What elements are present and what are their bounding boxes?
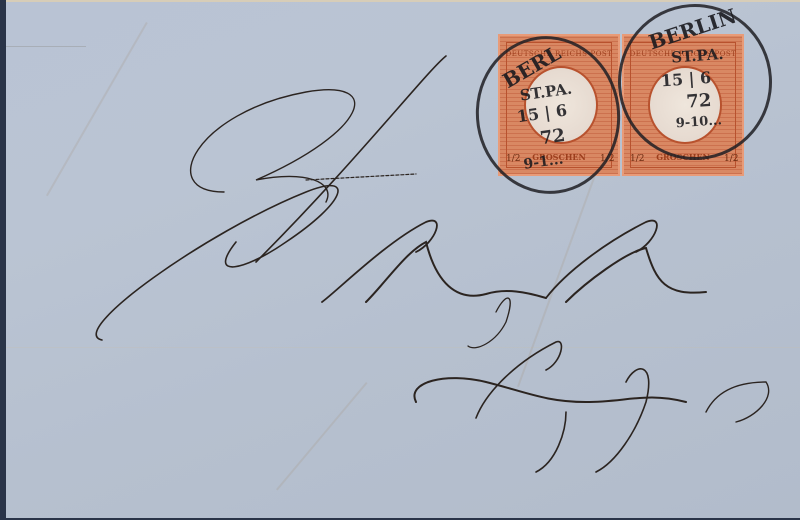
destination-script xyxy=(414,378,686,402)
salutation-flourish xyxy=(96,186,338,340)
handwritten-address xyxy=(6,2,800,518)
recipient-script xyxy=(322,221,437,302)
postal-cover: DEUTSCHE REICHS-POST 1/2 GROSCHEN 1/2 DE… xyxy=(6,0,800,518)
